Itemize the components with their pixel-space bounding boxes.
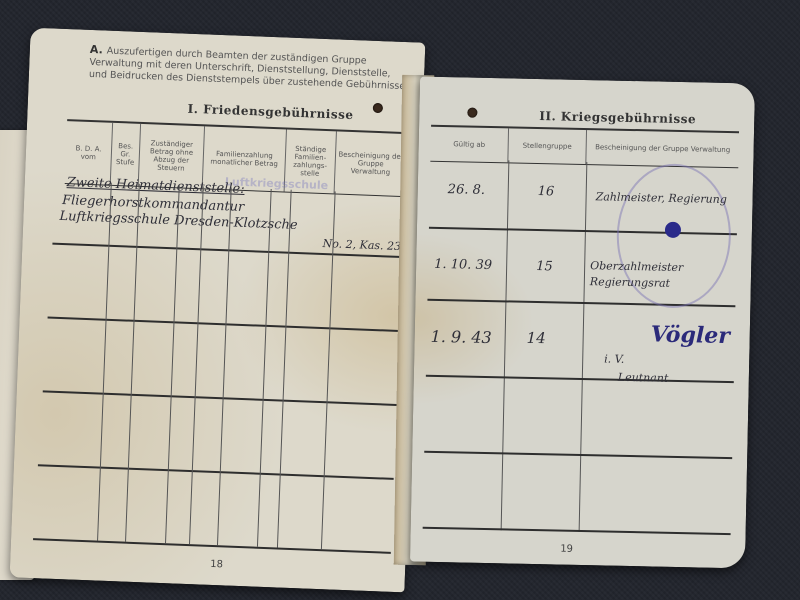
- row-line: [424, 451, 732, 459]
- col-divider: [165, 185, 180, 543]
- row-line: [48, 316, 400, 331]
- section-title-peace: I. Friedensgebührnisse: [187, 102, 353, 122]
- col-divider: [217, 187, 232, 545]
- row3-stellengruppe: 14: [526, 329, 545, 347]
- col-stellengruppe: Stellengruppe: [508, 128, 587, 164]
- row3-prefix: i. V.: [604, 352, 624, 365]
- instructions-text: A.Auszufertigen durch Beamten der zustän…: [89, 44, 410, 93]
- row1-bescheinigung: Zahlmeister, Regierung: [596, 190, 727, 206]
- instructions-body: Auszufertigen durch Beamten der zuständi…: [89, 46, 409, 93]
- row2-bescheinigung: Oberzahlmeister Regierungsrat: [590, 258, 731, 293]
- section-title-war: II. Kriegsgebührnisse: [539, 109, 696, 126]
- col-gueltig-ab: Gültig ab: [430, 127, 509, 163]
- row-line: [426, 375, 734, 383]
- handwritten-line-4: No. 2, Kas. 23: [322, 237, 401, 253]
- col-divider: [277, 190, 292, 548]
- punch-hole: [373, 103, 383, 113]
- row-line: [423, 527, 731, 535]
- row2-stellengruppe: 15: [536, 259, 553, 274]
- col-bescheinigung: Bescheinigung der Gruppe Verwaltung: [586, 130, 739, 167]
- row3-gueltig-ab: 1. 9. 43: [430, 327, 491, 347]
- row-line: [38, 464, 394, 479]
- war-table-header: Gültig ab Stellengruppe Bescheinigung de…: [430, 125, 739, 168]
- punch-hole: [467, 108, 477, 118]
- page-number-right: 19: [560, 544, 573, 555]
- row1-gueltig-ab: 26. 8.: [448, 182, 486, 198]
- row-line: [33, 538, 391, 553]
- left-page: A.Auszufertigen durch Beamten der zustän…: [10, 28, 426, 593]
- row2-gueltig-ab: 1. 10. 39: [434, 257, 492, 273]
- col-divider: [257, 189, 272, 547]
- row1-stellengruppe: 16: [538, 184, 555, 199]
- signature-voegler: Vögler: [650, 321, 730, 349]
- col-divider: [579, 162, 588, 532]
- right-page: II. Kriegsgebührnisse Gültig ab Stelleng…: [410, 77, 755, 569]
- col-divider: [501, 160, 510, 530]
- row3-rank: Leutnant: [618, 371, 669, 385]
- instructions-lead: A.: [90, 43, 103, 56]
- col-divider: [125, 184, 140, 542]
- col-divider: [189, 186, 204, 544]
- row-line: [43, 390, 397, 405]
- col-divider: [97, 183, 112, 541]
- page-number-left: 18: [210, 559, 223, 570]
- col-bescheinigung: Bescheinigung der Gruppe Verwaltung: [335, 131, 407, 196]
